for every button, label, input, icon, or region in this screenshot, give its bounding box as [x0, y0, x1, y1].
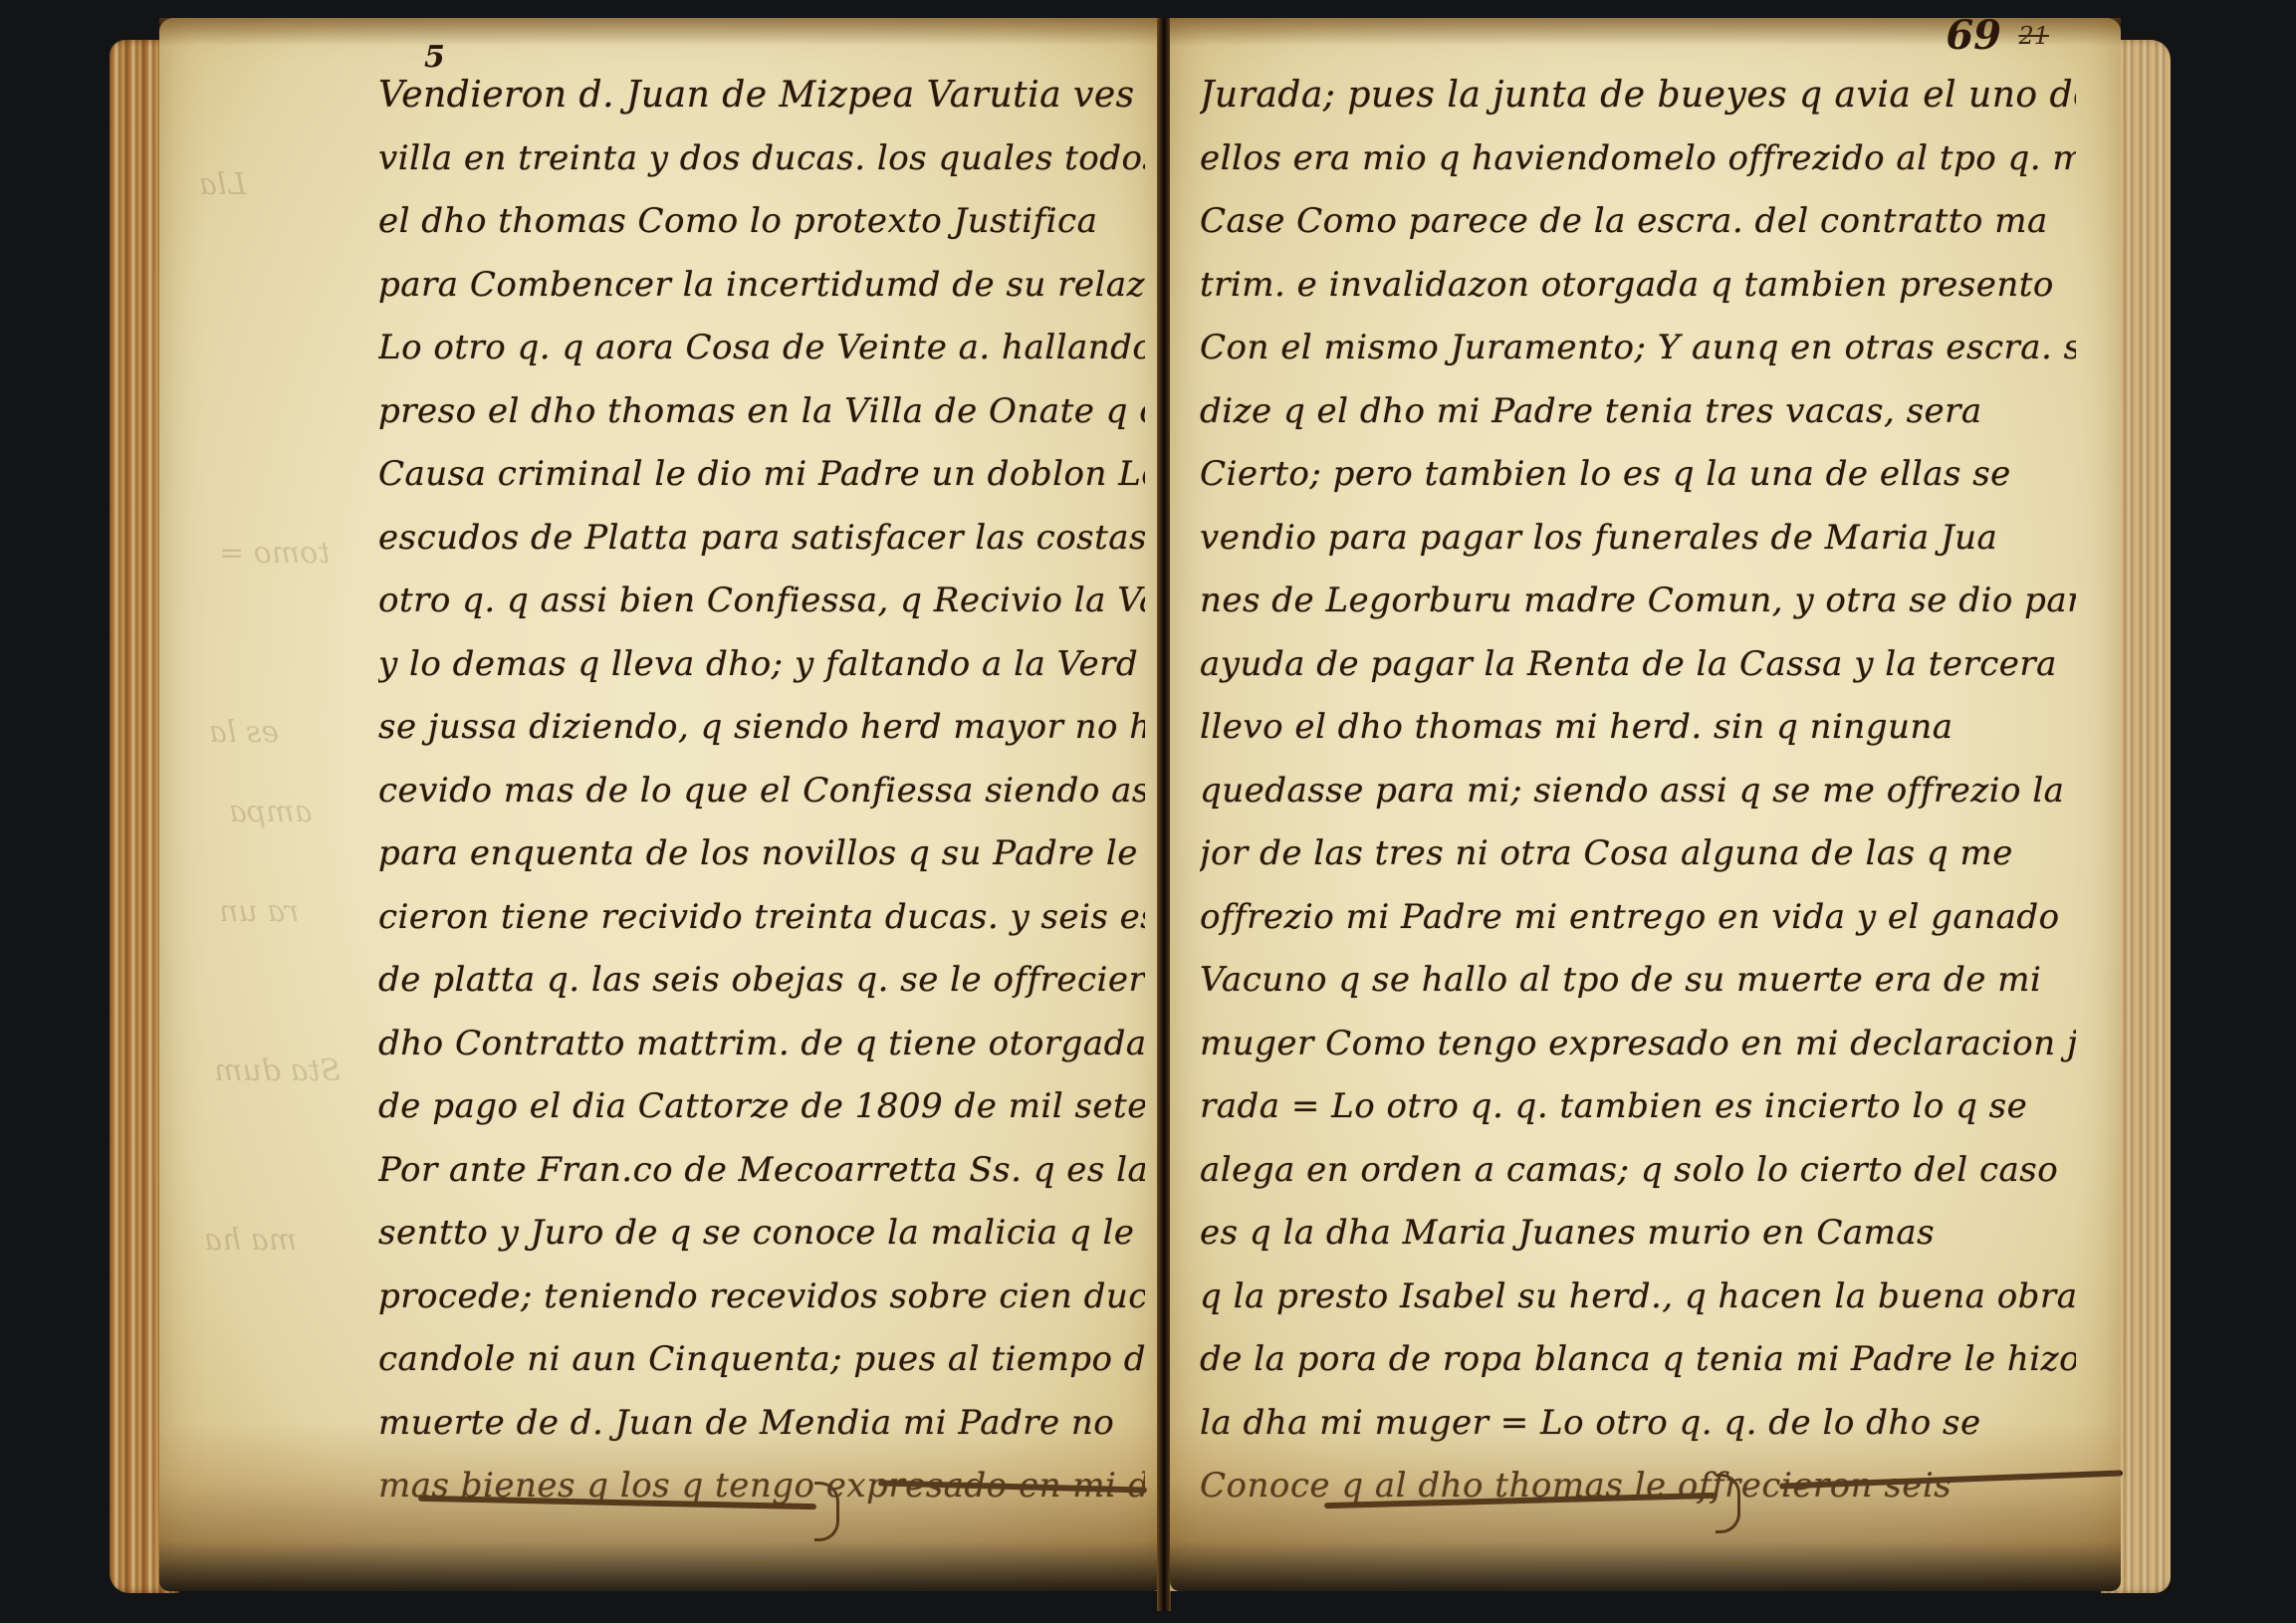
manuscript-line: dize q el dho mi Padre tenia tres vacas,… [1200, 380, 2076, 444]
manuscript-line: mas bienes q los q tengo expresado en mi… [378, 1455, 1145, 1518]
manuscript-line: Vacuno q se hallo al tpo de su muerte er… [1200, 949, 2076, 1013]
manuscript-line: preso el dho thomas en la Villa de Onate… [378, 380, 1145, 444]
manuscript-line: trim. e invalidazon otorgada q tambien p… [1200, 254, 2076, 318]
manuscript-line: otro q. q assi bien Confiessa, q Recivio… [378, 570, 1145, 633]
closing-flourish-loop [1716, 1474, 1740, 1533]
bleed-through-text: ma ha [204, 1223, 297, 1258]
struck-page-number: 21 [2018, 22, 2049, 50]
page-number: 69 [1946, 12, 2001, 59]
left-page-text: Vendieron d. Juan de Mizpea Varutia ves … [378, 64, 1145, 1518]
manuscript-line: Con el mismo Juramento; Y aunq en otras … [1200, 317, 2076, 380]
book-gutter [1157, 18, 1171, 1611]
manuscript-scan: 5 Lla tomo = es la ampa ra un Sta dum ma… [0, 0, 2296, 1623]
manuscript-line: Cierto; pero tambien lo es q la una de e… [1200, 443, 2076, 507]
manuscript-line: villa en treinta y dos ducas. los quales… [378, 127, 1145, 191]
manuscript-line: de la pora de ropa blanca q tenia mi Pad… [1200, 1328, 2076, 1392]
manuscript-line: es q la dha Maria Juanes murio en Camas [1200, 1202, 2076, 1266]
manuscript-line: Lo otro q. q aora Cosa de Veinte a. hall… [378, 317, 1145, 380]
manuscript-line: llevo el dho thomas mi herd. sin q ningu… [1200, 696, 2076, 760]
bleed-through-text: ampa [229, 795, 312, 829]
manuscript-line: candole ni aun Cinquenta; pues al tiempo… [378, 1328, 1145, 1392]
bleed-through-text: es la [209, 715, 279, 750]
manuscript-line: alega en orden a camas; q solo lo cierto… [1200, 1139, 2076, 1203]
manuscript-line: Conoce q al dho thomas le offrecieron se… [1200, 1455, 2076, 1518]
manuscript-line: para Combencer la incertidumd de su rela… [378, 254, 1145, 318]
manuscript-line: y lo demas q lleva dho; y faltando a la … [378, 633, 1145, 697]
manuscript-line: de platta q. las seis obejas q. se le of… [378, 949, 1145, 1013]
manuscript-line: de pago el dia Cattorze de 1809 de mil s… [378, 1075, 1145, 1139]
manuscript-line: Causa criminal le dio mi Padre un doblon… [378, 443, 1145, 507]
closing-flourish-loop [814, 1482, 839, 1541]
left-page: 5 Lla tomo = es la ampa ra un Sta dum ma… [159, 18, 1163, 1591]
manuscript-line: escudos de Platta para satisfacer las co… [378, 507, 1145, 571]
manuscript-line: muerte de d. Juan de Mendia mi Padre no [378, 1392, 1145, 1456]
manuscript-line: jor de las tres ni otra Cosa alguna de l… [1200, 822, 2076, 886]
manuscript-line: rada = Lo otro q. q. tambien es incierto… [1200, 1075, 2076, 1139]
manuscript-line: dho Contratto mattrim. de q tiene otorga… [378, 1013, 1145, 1076]
manuscript-line: quedasse para mi; siendo assi q se me of… [1200, 760, 2076, 823]
manuscript-line: ayuda de pagar la Renta de la Cassa y la… [1200, 633, 2076, 697]
manuscript-line: procede; teniendo recevidos sobre cien d… [378, 1266, 1145, 1329]
manuscript-line: nes de Legorburu madre Comun, y otra se … [1200, 570, 2076, 633]
right-page: 69 21 Jurada; pues la junta de bueyes q … [1170, 18, 2121, 1591]
manuscript-line: Vendieron d. Juan de Mizpea Varutia ves … [378, 64, 1145, 127]
closing-flourish-line [878, 1480, 1147, 1493]
manuscript-line: muger Como tengo expresado en mi declara… [1200, 1013, 2076, 1076]
right-page-text: Jurada; pues la junta de bueyes q avia e… [1200, 64, 2076, 1518]
manuscript-line: q la presto Isabel su herd., q hacen la … [1200, 1266, 2076, 1329]
manuscript-line: para enquenta de los novillos q su Padre… [378, 822, 1145, 886]
manuscript-line: se jussa diziendo, q siendo herd mayor n… [378, 696, 1145, 760]
manuscript-line: Jurada; pues la junta de bueyes q avia e… [1200, 64, 2076, 127]
manuscript-line: cieron tiene recivido treinta ducas. y s… [378, 886, 1145, 950]
closing-flourish-line [1324, 1493, 1718, 1508]
manuscript-line: el dho thomas Como lo protexto Justifica [378, 190, 1145, 254]
closing-flourish-line [418, 1496, 816, 1509]
manuscript-line: Case Como parece de la escra. del contra… [1200, 190, 2076, 254]
bleed-through-text: tomo = [219, 536, 330, 571]
manuscript-line: sentto y Juro de q se conoce la malicia … [378, 1202, 1145, 1266]
manuscript-line: Por ante Fran.co de Mecoarretta Ss. q es… [378, 1139, 1145, 1203]
manuscript-line: la dha mi muger = Lo otro q. q. de lo dh… [1200, 1392, 2076, 1456]
manuscript-line: cevido mas de lo que el Confiessa siendo… [378, 760, 1145, 823]
closing-flourish-line [1779, 1470, 2123, 1489]
bleed-through-text: Lla [199, 167, 246, 202]
bleed-through-text: ra un [219, 894, 299, 929]
bleed-through-text: Sta dum [214, 1053, 341, 1088]
manuscript-line: vendio para pagar los funerales de Maria… [1200, 507, 2076, 571]
manuscript-line: offrezio mi Padre mi entrego en vida y e… [1200, 886, 2076, 950]
manuscript-line: ellos era mio q haviendomelo offrezido a… [1200, 127, 2076, 191]
